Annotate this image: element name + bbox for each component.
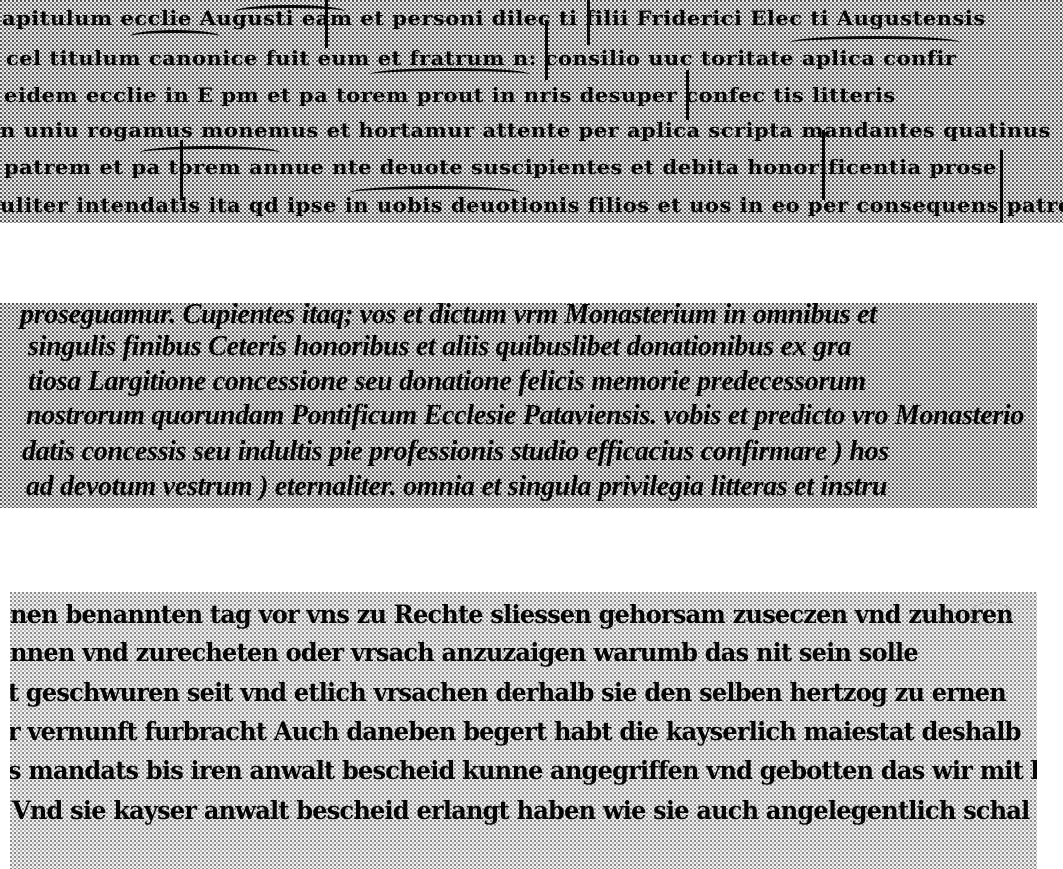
manuscript-line: nnen vnd zurecheten oder vrsach anzuzaig… — [10, 638, 918, 667]
manuscript-line: tiosa Largitione concessione seu donatio… — [28, 366, 866, 398]
manuscript-line: datis concessis seu indultis pie profess… — [22, 436, 889, 468]
swash-stroke — [140, 146, 280, 159]
manuscript-line: ad devotum vestrum ) eternaliter. omnia … — [26, 471, 887, 503]
ascender-stroke — [1000, 150, 1003, 223]
manuscript-line: n uniu rogamus monemus et hortamur atten… — [0, 118, 1051, 142]
manuscript-line: apitulum ecclie Augusti eam et personi d… — [2, 6, 986, 30]
manuscript-line: eidem ecclie in E pm et pa torem prout i… — [4, 83, 896, 107]
manuscript-specimen-cursiva: proseguamur. Cupientes itaq; vos et dict… — [0, 303, 1037, 508]
specimen-text-block: apitulum ecclie Augusti eam et personi d… — [0, 0, 1063, 223]
manuscript-specimen-textualis: apitulum ecclie Augusti eam et personi d… — [0, 0, 1063, 223]
ascender-stroke — [822, 130, 825, 200]
manuscript-line: uliter intendatis ita qd ipse in uobis d… — [0, 193, 1063, 217]
manuscript-line: nen benannten tag vor vns zu Rechte slie… — [10, 600, 1013, 629]
manuscript-specimen-bastarda: nen benannten tag vor vns zu Rechte slie… — [10, 592, 1037, 869]
specimen-text-block: nen benannten tag vor vns zu Rechte slie… — [10, 592, 1037, 869]
manuscript-line: t geschwuren seit vnd etlich vrsachen de… — [10, 678, 1006, 707]
paper-stain — [970, 602, 1012, 626]
manuscript-line: cel titulum canonice fuit eum et fratrum… — [6, 46, 956, 70]
swash-stroke — [130, 30, 220, 43]
ascender-stroke — [686, 70, 689, 120]
specimen-text-block: proseguamur. Cupientes itaq; vos et dict… — [0, 303, 1037, 508]
manuscript-line: singulis finibus Ceteris honoribus et al… — [28, 331, 851, 363]
manuscript-line: Vnd sie kayser anwalt bescheid erlangt h… — [12, 796, 1037, 825]
swash-stroke — [350, 186, 520, 199]
swash-stroke — [370, 68, 530, 81]
swash-stroke — [790, 36, 960, 49]
manuscript-line: nostrorum quorundam Pontificum Ecclesie … — [26, 400, 1024, 432]
swash-stroke — [235, 5, 345, 18]
ascender-stroke — [587, 0, 590, 45]
manuscript-line: s mandats bis iren anwalt bescheid kunne… — [10, 756, 1037, 785]
manuscript-line: r vernunft furbracht Auch daneben begert… — [10, 717, 1021, 746]
ascender-stroke — [545, 20, 548, 80]
manuscript-line: proseguamur. Cupientes itaq; vos et dict… — [20, 303, 877, 331]
